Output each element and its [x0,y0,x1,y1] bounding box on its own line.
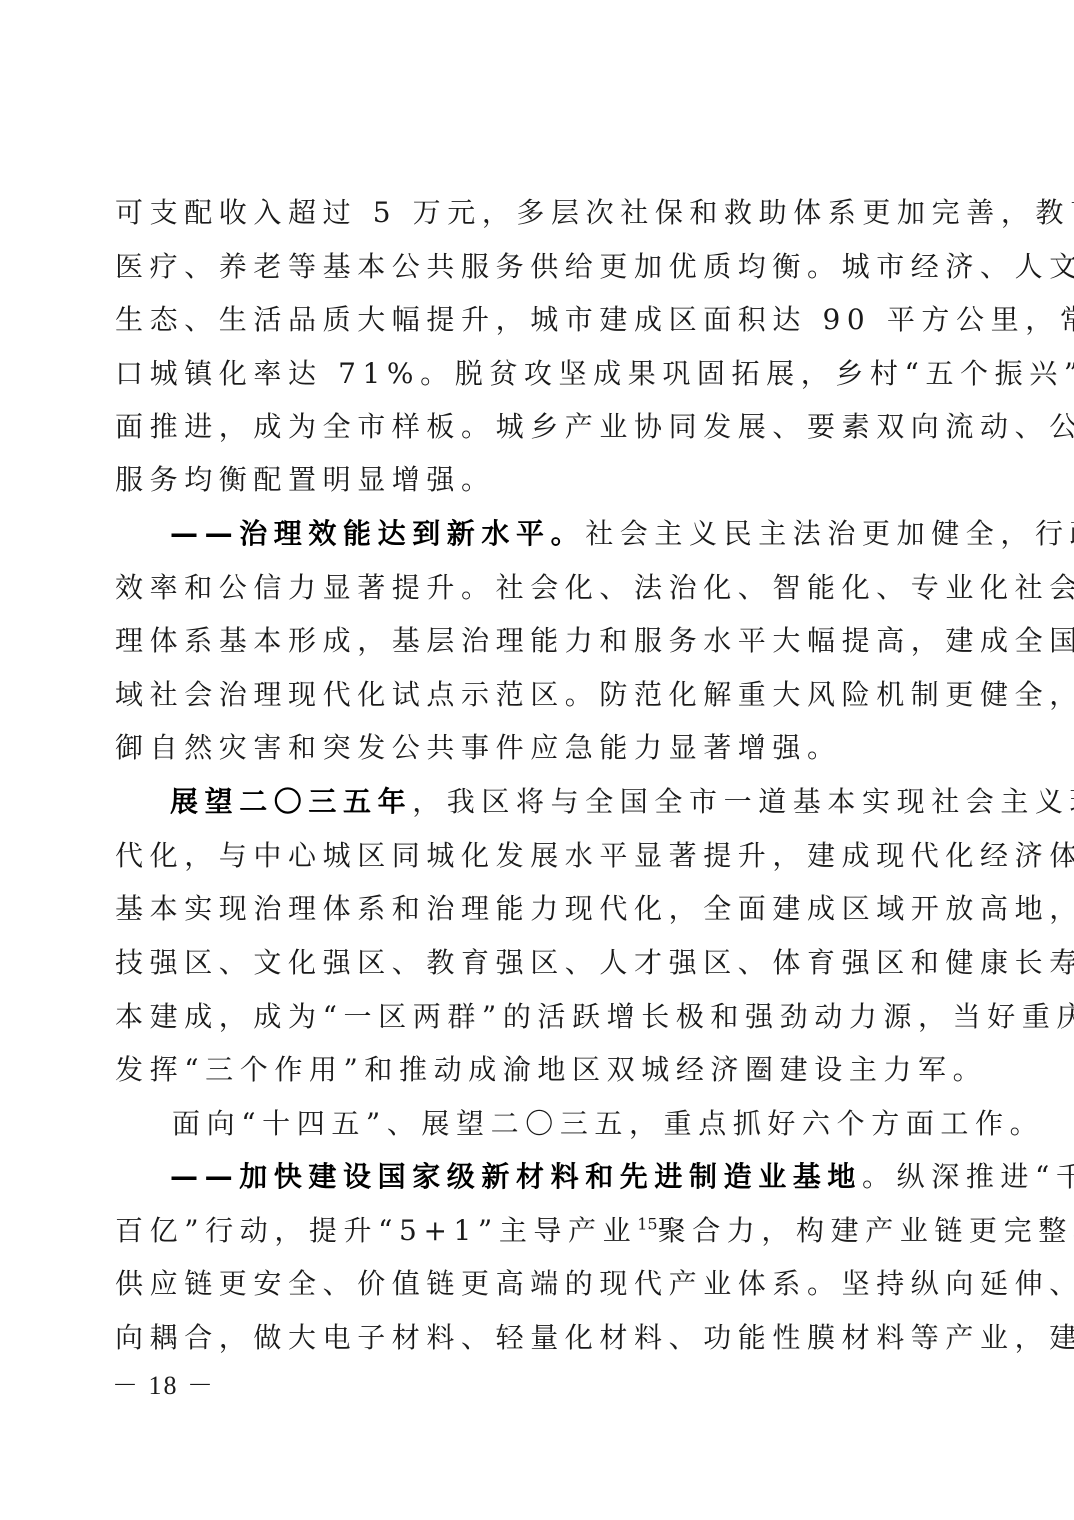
text-line: 发挥“三个作用”和推动成渝地区双城经济圈建设主力军。 [115,1050,960,1090]
text-line: 技强区、文化强区、教育强区、人才强区、体育强区和健康长寿基 [115,943,960,983]
text-line: 理体系基本形成，基层治理能力和服务水平大幅提高，建成全国市 [115,621,960,661]
section-heading-vision-2035: 展望二〇三五年 [170,785,412,818]
text-line: 代化，与中心城区同城化发展水平显著提升，建成现代化经济体系， [115,836,960,876]
paragraph-new-materials-first-line: ——加快建设国家级新材料和先进制造业基地。纵深推进“千 [170,1157,960,1197]
page-number: － 18 － [112,1365,215,1402]
paragraph-vision-first-line: 展望二〇三五年，我区将与全国全市一道基本实现社会主义现 [170,782,960,822]
section-heading-new-materials: ——加快建设国家级新材料和先进制造业基地 [170,1160,862,1193]
text-line: 供应链更安全、价值链更高端的现代产业体系。坚持纵向延伸、横 [115,1264,960,1304]
text-line: 向耦合，做大电子材料、轻量化材料、功能性膜材料等产业，建设 [115,1318,960,1358]
footnote-reference[interactable]: 15 [637,1215,657,1234]
text-run: 百亿”行动，提升“5+1”主导产业 [115,1214,637,1247]
text-line: 基本实现治理体系和治理能力现代化，全面建成区域开放高地，科 [115,889,960,929]
text-line: 医疗、养老等基本公共服务供给更加优质均衡。城市经济、人文、 [115,247,960,287]
text-run: 。纵深推进“千 [862,1160,1074,1193]
text-line: 服务均衡配置明显增强。 [115,460,960,500]
text-line: 域社会治理现代化试点示范区。防范化解重大风险机制更健全，防 [115,675,960,715]
document-page: 可支配收入超过 5 万元，多层次社保和救助体系更加完善，教育、 医疗、养老等基本… [0,0,1074,1520]
text-line: 效率和公信力显著提升。社会化、法治化、智能化、专业化社会治 [115,568,960,608]
paragraph-governance-first-line: ——治理效能达到新水平。社会主义民主法治更加健全，行政 [170,514,960,554]
text-line: 生态、生活品质大幅提升，城市建成区面积达 90 平方公里，常住人 [115,300,960,340]
text-line: 本建成，成为“一区两群”的活跃增长极和强劲动力源，当好重庆 [115,997,960,1037]
text-line: 御自然灾害和突发公共事件应急能力显著增强。 [115,728,960,768]
section-heading-governance: ——治理效能达到新水平。 [170,517,585,550]
text-line: 口城镇化率达 71%。脱贫攻坚成果巩固拓展，乡村“五个振兴”全 [115,354,960,394]
text-line: 面向“十四五”、展望二〇三五，重点抓好六个方面工作。 [172,1104,932,1144]
text-line: 面推进，成为全市样板。城乡产业协同发展、要素双向流动、公共 [115,407,960,447]
text-run: 聚合力，构建产业链更完整、 [658,1214,1074,1247]
text-run: ，我区将与全国全市一道基本实现社会主义现 [412,785,1074,818]
text-line: 百亿”行动，提升“5+1”主导产业15聚合力，构建产业链更完整、 [115,1211,960,1251]
text-run: 社会主义民主法治更加健全，行政 [585,517,1074,550]
text-line: 可支配收入超过 5 万元，多层次社保和救助体系更加完善，教育、 [115,193,960,233]
